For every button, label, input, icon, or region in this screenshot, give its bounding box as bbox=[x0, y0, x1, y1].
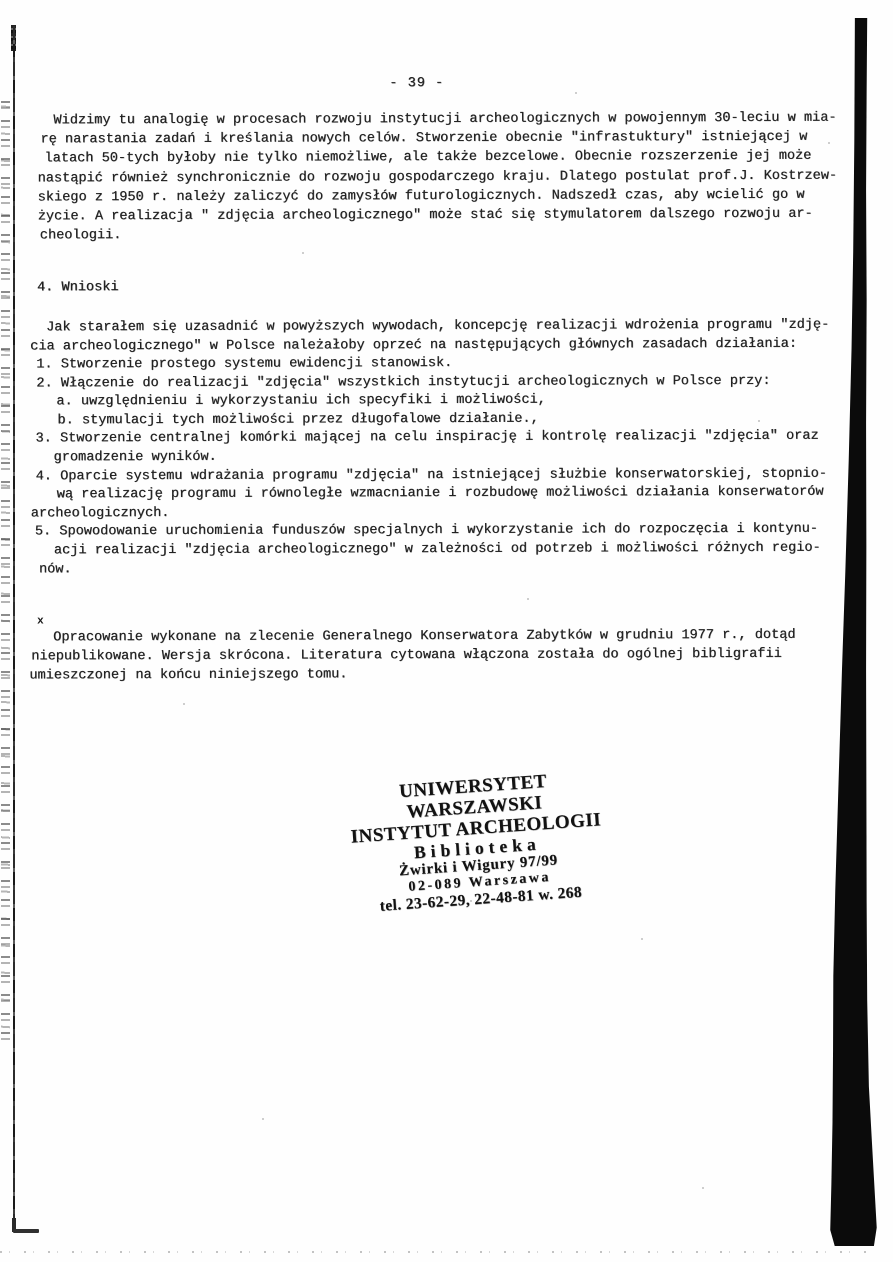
scanned-document-page: - 39 - Widzimy tu analogię w procesach r… bbox=[0, 0, 893, 1262]
library-stamp: UNIWERSYTET WARSZAWSKI INSTYTUT ARCHEOLO… bbox=[344, 767, 611, 918]
footnote-line: Opracowanie wykonane na zlecenie General… bbox=[53, 626, 795, 648]
scan-noise-dot bbox=[527, 598, 529, 600]
paragraph-2: Jak starałem się uzasadnić w powyższych … bbox=[30, 316, 829, 357]
scan-artifact-margin-scribble bbox=[1, 95, 10, 1050]
scan-noise-dot bbox=[641, 938, 643, 940]
scan-artifact-spine-line bbox=[13, 26, 15, 1228]
scan-noise-dot bbox=[470, 900, 472, 902]
page-number: - 39 - bbox=[389, 76, 444, 91]
scan-noise-dot bbox=[262, 1118, 264, 1120]
section-heading: 4. Wnioski bbox=[37, 280, 119, 295]
paragraph-1: Widzimy tu analogię w procesach rozwoju … bbox=[35, 109, 837, 246]
scan-noise-dot bbox=[302, 252, 304, 254]
list-line: nów. bbox=[39, 558, 827, 579]
scan-artifact-bottom-dotted-line bbox=[0, 1251, 868, 1253]
page-content: - 39 - Widzimy tu analogię w procesach r… bbox=[0, 0, 893, 1262]
scan-noise-dot bbox=[575, 92, 577, 94]
scan-noise-dot bbox=[702, 1187, 704, 1189]
conclusions-list: 1. Stworzenie prostego systemu ewidencji… bbox=[30, 354, 827, 580]
scan-noise-dot bbox=[758, 420, 760, 422]
scan-noise-dot bbox=[828, 142, 830, 144]
footnote-line: umieszczonej na końcu niniejszego tomu. bbox=[29, 664, 795, 686]
scan-noise-dot bbox=[183, 703, 185, 705]
scan-artifact-bottom-hook-horizontal bbox=[13, 1229, 39, 1233]
paragraph-1-line: cheologii. bbox=[40, 224, 838, 246]
footnote: Opracowanie wykonane na zlecenie General… bbox=[27, 626, 796, 686]
footnote-marker: x bbox=[37, 615, 44, 627]
